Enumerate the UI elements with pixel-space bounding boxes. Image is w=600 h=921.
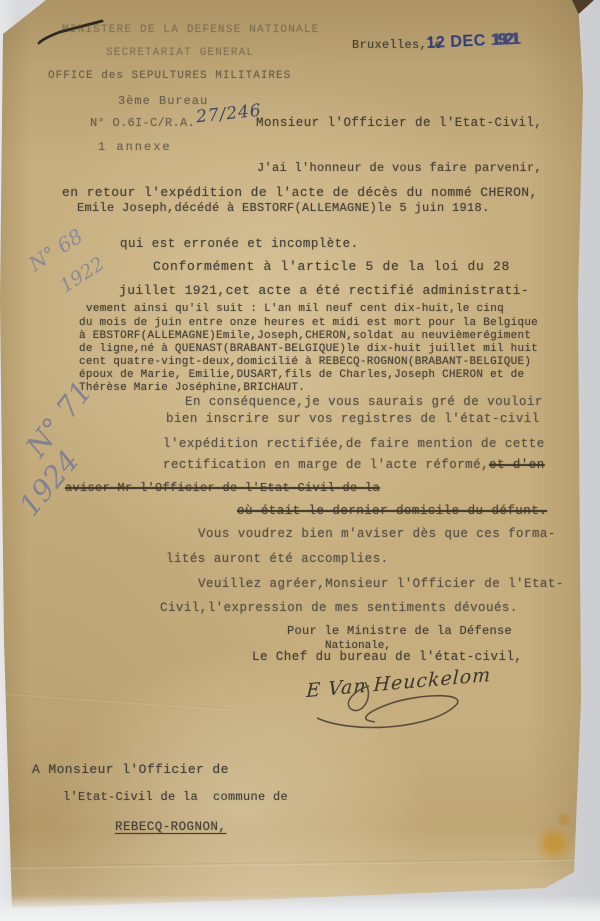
photo-backdrop: MINISTERE DE LA DEFENSE NATIONALE SECRET…	[0, 0, 600, 921]
body-p7-l2: Civil,l'expression de mes sentiments dév…	[160, 601, 518, 615]
body-p5-l4-struck: et d'en	[489, 458, 545, 472]
margin-note-year-1922: 1922	[56, 253, 109, 298]
body-p5-l5-struck: aviser Mr l'Officier de l'Etat-Civil de …	[65, 481, 380, 495]
body-p1-l1: J'ai l'honneur de vous faire parvenir,	[257, 161, 542, 175]
body-p1-l2: en retour l'expédition de l'acte de décè…	[62, 185, 538, 200]
address-commune-underlined: REBECQ-ROGNON,	[115, 820, 226, 834]
document-page: MINISTERE DE LA DEFENSE NATIONALE SECRET…	[0, 0, 600, 921]
body-p4-l1: vement ainsi qu'il suit : L'an mil neuf …	[86, 303, 504, 315]
body-p4-l7: Thérèse Marie Joséphine,BRICHAUT.	[79, 382, 305, 394]
body-p7-l1: Veuillez agréer,Monsieur l'Officier de l…	[198, 577, 564, 591]
address-l2: l'Etat-Civil de la commune de	[63, 790, 288, 804]
body-p3-l1: Conformément à l'article 5 de la loi du …	[153, 259, 510, 274]
annex-count: 1 annexe	[98, 140, 172, 154]
paper-crease-bottom	[0, 858, 600, 869]
signature-flourish	[295, 662, 485, 742]
address-l1: A Monsieur l'Officier de	[32, 762, 229, 777]
letterhead-secretariat: SECRETARIAT GENERAL	[106, 47, 254, 59]
letterhead-office: OFFICE des SEPULTURES MILITAIRES	[48, 70, 291, 82]
letterhead-ref-label: N° O.6I-C/R.A.	[90, 116, 195, 130]
letterhead-bureau: 3ème Bureau	[118, 94, 208, 108]
letterhead-ministry: MINISTERE DE LA DEFENSE NATIONALE	[62, 24, 319, 36]
date-stamp: 12 DEC 1921	[426, 29, 518, 53]
date-stamp-year: 1921	[490, 29, 517, 49]
body-p4-l6: époux de Marie, Emilie,DUSART,fils de Ch…	[79, 369, 524, 381]
body-p5-l3: l'expédition rectifiée,de faire mention …	[163, 437, 545, 451]
salutation: Monsieur l'Officier de l'Etat-Civil,	[256, 116, 542, 130]
body-p2-l1: qui est erronée et incomplète.	[120, 237, 359, 251]
body-p5-l1: En conséquence,je vous saurais gré de vo…	[185, 395, 543, 409]
body-p3-l2: juillet 1921,cet acte a été rectifié adm…	[119, 283, 529, 298]
body-p6-l2: lités auront été accomplies.	[166, 552, 389, 566]
body-p5-l4-kept: rectification en marge de l'acte réformé…	[163, 458, 489, 472]
body-p1-l3: Emile Joseph,décédé à EBSTORF(ALLEMAGNE)…	[77, 201, 490, 215]
date-stamp-day: 12 DEC	[426, 30, 491, 52]
body-p5-l6-struck: où était le dernier domicile du défunt.	[237, 504, 547, 518]
body-p4-l5: cent quatre-vingt-deux,domicilié à REBEC…	[79, 356, 531, 368]
body-p4-l2: du mois de juin entre onze heures et mid…	[79, 317, 538, 329]
closing-minister-l1: Pour le Ministre de la Défense	[287, 624, 512, 638]
body-p5-l2: bien inscrire sur vos registres de l'éta…	[166, 412, 540, 426]
paper-crease-left	[0, 692, 230, 711]
body-p4-l3: à EBSTORF(ALLEMAGNE)Emile,Joseph,CHERON,…	[79, 330, 531, 342]
body-p4-l4: de ligne,né à QUENAST(BRABANT-BELGIQUE)l…	[79, 343, 538, 355]
body-p5-l4: rectification en marge de l'acte réformé…	[163, 458, 545, 472]
body-p6-l1: Vous voudrez bien m'aviser dès que ces f…	[198, 527, 556, 541]
